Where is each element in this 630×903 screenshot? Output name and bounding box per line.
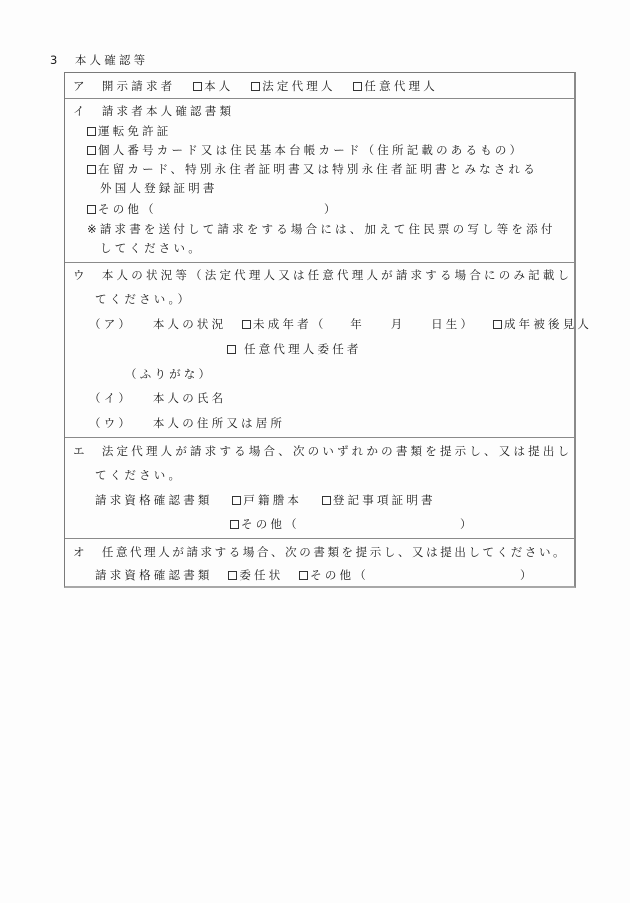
residence-card-continuation: 外国人登録証明書 bbox=[100, 178, 218, 198]
section-title: 本人確認等 bbox=[75, 53, 149, 67]
row-marker: オ bbox=[73, 542, 95, 562]
status-label: 本人の状況 bbox=[153, 317, 227, 331]
checkbox-minor[interactable]: 未成年者（ bbox=[242, 317, 327, 331]
checkbox-residence-card[interactable]: 在留カード、特別永住者証明書又は特別永住者証明書とみなされる bbox=[87, 159, 538, 179]
checkbox-icon[interactable] bbox=[193, 82, 202, 91]
row-requester-type: ア 開示請求者 本人 法定代理人 任意代理人 bbox=[65, 73, 574, 99]
qualification-docs-label: 請求資格確認書類 bbox=[95, 568, 213, 582]
mail-request-note: ※請求書を送付して請求をする場合には、加えて住民票の写し等を添付 bbox=[87, 219, 556, 239]
birth-day-label: 日生） bbox=[431, 317, 475, 331]
principal-address-label: 本人の住所又は居所 bbox=[153, 416, 285, 430]
other-id-close-paren: ） bbox=[324, 199, 339, 219]
checkbox-power-of-attorney[interactable]: 委任状 bbox=[228, 568, 283, 582]
principal-name-label: 本人の氏名 bbox=[153, 391, 227, 405]
requester-label: 開示請求者 bbox=[102, 79, 176, 93]
checkbox-icon[interactable] bbox=[251, 82, 260, 91]
checkbox-icon[interactable] bbox=[87, 146, 96, 155]
row-marker: イ bbox=[73, 101, 95, 121]
identity-verification-form: ア 開示請求者 本人 法定代理人 任意代理人 イ 請求者本人確認書類 運転免許証… bbox=[64, 72, 576, 588]
checkbox-icon[interactable] bbox=[242, 320, 251, 329]
legal-rep-instruction: 法定代理人が請求する場合、次のいずれかの書類を提示し、又は提出し bbox=[102, 444, 572, 458]
row-marker: エ bbox=[73, 441, 95, 461]
section-number: 3 bbox=[50, 50, 68, 70]
checkbox-icon[interactable] bbox=[87, 127, 96, 136]
principal-status-label: 本人の状況等（法定代理人又は任意代理人が請求する場合にのみ記載し bbox=[102, 268, 572, 282]
checkbox-other-legal-doc[interactable]: その他（ bbox=[230, 514, 300, 534]
checkbox-icon[interactable] bbox=[87, 165, 96, 174]
row-legal-representative-docs: エ 法定代理人が請求する場合、次のいずれかの書類を提示し、又は提出し てください… bbox=[65, 438, 574, 539]
other-agent-doc-close-paren: ） bbox=[520, 565, 535, 585]
checkbox-icon[interactable] bbox=[230, 520, 239, 529]
name-marker: （イ） bbox=[89, 391, 133, 405]
address-marker: （ウ） bbox=[89, 416, 133, 430]
row-voluntary-agent-docs: オ 任意代理人が請求する場合、次の書類を提示し、又は提出してください。 請求資格… bbox=[65, 539, 574, 587]
qualification-docs-label: 請求資格確認書類 bbox=[95, 493, 213, 507]
checkbox-icon[interactable] bbox=[232, 496, 241, 505]
checkbox-voluntary-agent[interactable]: 任意代理人 bbox=[353, 79, 438, 93]
checkbox-family-register[interactable]: 戸籍謄本 bbox=[232, 493, 302, 507]
checkbox-adult-ward[interactable]: 成年被後見人 bbox=[493, 317, 592, 331]
checkbox-my-number-card[interactable]: 個人番号カード又は住民基本台帳カード（住所記載のあるもの） bbox=[87, 140, 524, 160]
birth-month-label: 月 bbox=[391, 317, 406, 331]
checkbox-self[interactable]: 本人 bbox=[193, 79, 233, 93]
principal-status-label-cont: てください。） bbox=[95, 289, 192, 309]
status-marker: （ア） bbox=[89, 317, 133, 331]
checkbox-icon[interactable] bbox=[299, 571, 308, 580]
voluntary-agent-instruction: 任意代理人が請求する場合、次の書類を提示し、又は提出してください。 bbox=[102, 545, 567, 559]
checkbox-principal-delegator[interactable]: 任意代理人委任者 bbox=[227, 339, 362, 359]
section-heading: 3 本人確認等 bbox=[50, 50, 148, 70]
legal-rep-instruction-cont: てください。 bbox=[95, 465, 183, 485]
birth-year-label: 年 bbox=[350, 317, 365, 331]
checkbox-icon[interactable] bbox=[87, 205, 96, 214]
id-documents-label: 請求者本人確認書類 bbox=[102, 104, 234, 118]
checkbox-other-agent-doc[interactable]: その他（ bbox=[299, 568, 369, 582]
checkbox-legal-representative[interactable]: 法定代理人 bbox=[251, 79, 336, 93]
other-legal-doc-close-paren: ） bbox=[460, 514, 475, 534]
checkbox-icon[interactable] bbox=[227, 345, 236, 354]
checkbox-icon[interactable] bbox=[353, 82, 362, 91]
row-id-documents: イ 請求者本人確認書類 運転免許証 個人番号カード又は住民基本台帳カード（住所記… bbox=[65, 99, 574, 263]
checkbox-drivers-license[interactable]: 運転免許証 bbox=[87, 121, 172, 141]
row-marker: ウ bbox=[73, 265, 95, 285]
checkbox-icon[interactable] bbox=[322, 496, 331, 505]
row-principal-status: ウ 本人の状況等（法定代理人又は任意代理人が請求する場合にのみ記載し てください… bbox=[65, 263, 574, 438]
checkbox-icon[interactable] bbox=[493, 320, 502, 329]
row-marker: ア bbox=[73, 76, 95, 96]
furigana-label: （ふりがな） bbox=[125, 364, 213, 384]
mail-request-note-cont: してください。 bbox=[100, 238, 203, 258]
checkbox-icon[interactable] bbox=[228, 571, 237, 580]
checkbox-registry-certificate[interactable]: 登記事項証明書 bbox=[322, 493, 436, 507]
checkbox-other-id[interactable]: その他（ bbox=[87, 199, 157, 219]
